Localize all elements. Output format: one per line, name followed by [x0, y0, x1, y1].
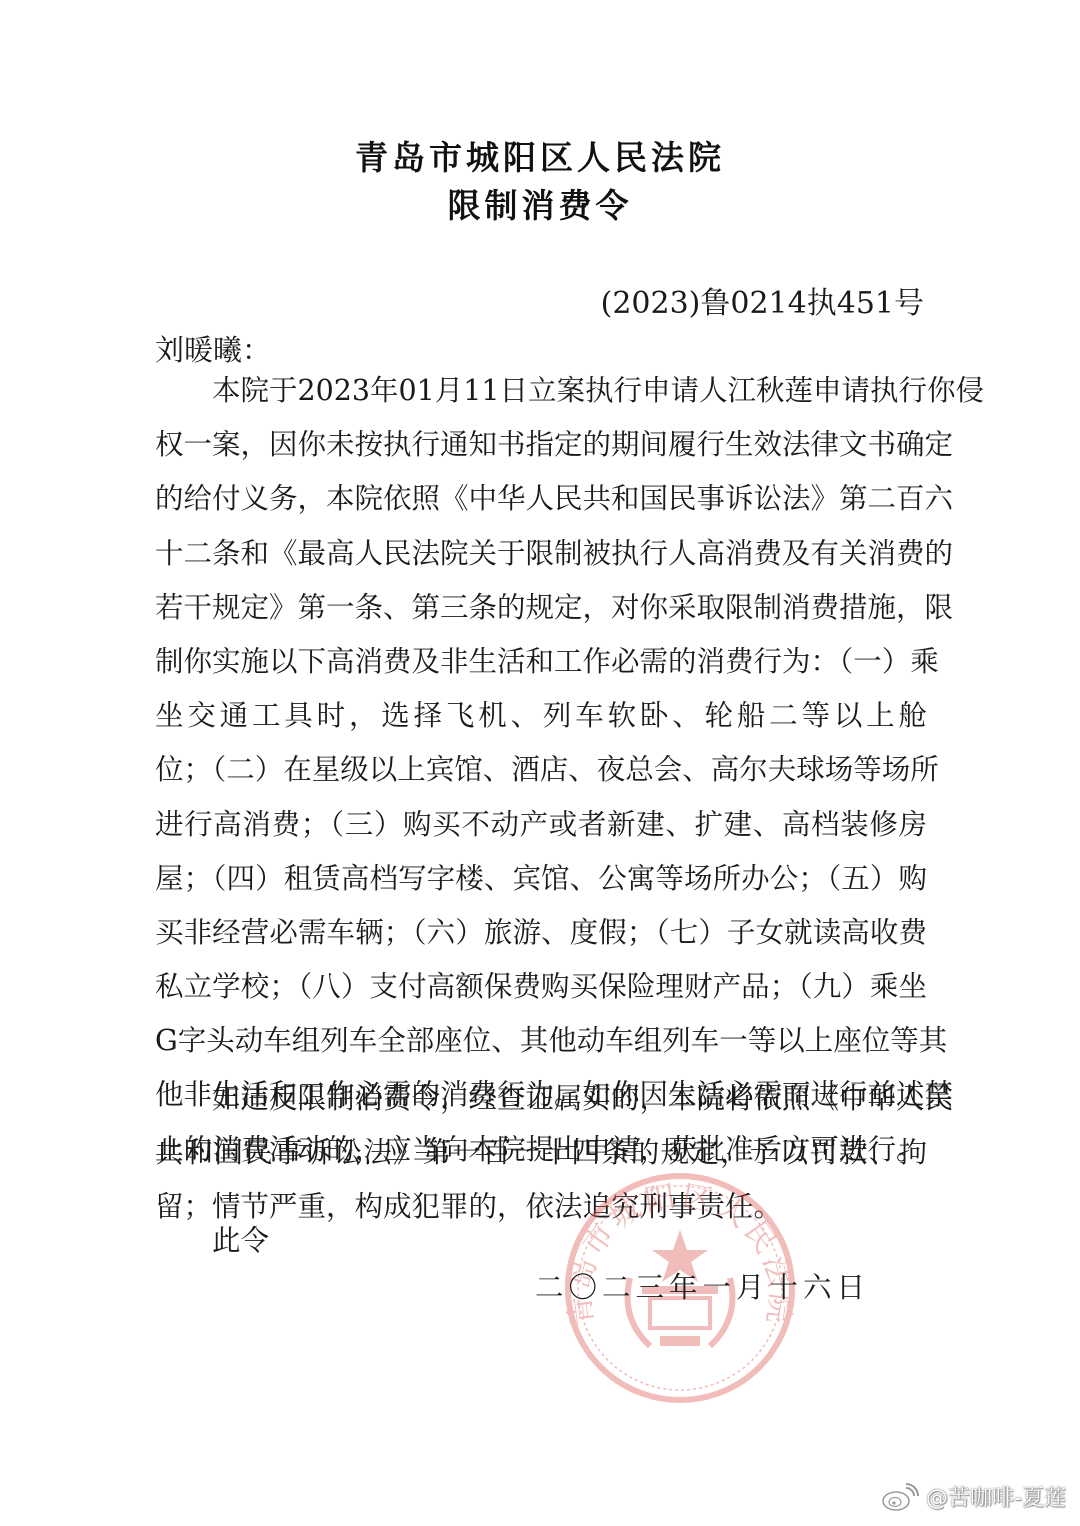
paragraph-line: 权一案，因你未按执行通知书指定的期间履行生效法律文书确定: [155, 418, 927, 472]
paragraph-line: 买非经营必需车辆；（六）旅游、度假；（七）子女就读高收费: [155, 906, 927, 960]
addressee: 刘暖曦：: [155, 328, 271, 369]
paragraph-line: G字头动车组列车全部座位、其他动车组列车一等以上座位等其: [155, 1014, 927, 1068]
paragraph-line: 十二条和《最高人民法院关于限制被执行人高消费及有关消费的: [155, 527, 927, 581]
case-number: (2023)鲁0214执451号: [601, 278, 924, 322]
document-type-heading: 限制消费令: [0, 180, 1080, 227]
weibo-watermark: @苦咖啡-夏莲: [880, 1481, 1066, 1512]
paragraph-line: 私立学校；（八）支付高额保费购买保险理财产品；（九）乘坐: [155, 960, 927, 1014]
paragraph-line: 的给付义务，本院依照《中华人民共和国民事诉讼法》第二百六: [155, 472, 927, 526]
court-order-page: 青岛市城阳区人民法院 限制消费令 (2023)鲁0214执451号 刘暖曦： 本…: [0, 0, 1080, 1526]
paragraph-line: 位；（二）在星级以上宾馆、酒店、夜总会、高尔夫球场等场所: [155, 743, 927, 797]
watermark-text: @苦咖啡-夏莲: [926, 1481, 1066, 1512]
issue-date: 二〇二三年一月十六日: [535, 1265, 870, 1306]
court-name-heading: 青岛市城阳区人民法院: [0, 132, 1080, 179]
paragraph-line: 本院于2023年01月11日立案执行申请人江秋莲申请执行你侵: [155, 364, 927, 418]
paragraph-line: 共和国民事诉讼法》第一百一十四条的规定，予以罚款、拘: [155, 1126, 927, 1180]
weibo-icon: [880, 1482, 920, 1512]
paragraph-line: 坐交通工具时，选择飞机、列车软卧、轮船二等以上舱: [155, 689, 927, 743]
paragraph-line: 留；情节严重，构成犯罪的，依法追究刑事责任。: [155, 1180, 927, 1234]
paragraph-line: 若干规定》第一条、第三条的规定，对你采取限制消费措施，限: [155, 581, 927, 635]
order-paragraph-1: 本院于2023年01月11日立案执行申请人江秋莲申请执行你侵 权一案，因你未按执…: [155, 364, 927, 1177]
order-paragraph-2: 如违反限制消费令，经查证属实的，本院将依照《中华人民 共和国民事诉讼法》第一百一…: [155, 1072, 927, 1235]
paragraph-line: 制你实施以下高消费及非生活和工作必需的消费行为：（一）乘: [155, 635, 927, 689]
paragraph-line: 如违反限制消费令，经查证属实的，本院将依照《中华人民: [155, 1072, 927, 1126]
closing-phrase: 此令: [212, 1218, 269, 1259]
paragraph-line: 屋；（四）租赁高档写字楼、宾馆、公寓等场所办公；（五）购: [155, 852, 927, 906]
paragraph-line: 进行高消费；（三）购买不动产或者新建、扩建、高档装修房: [155, 798, 927, 852]
